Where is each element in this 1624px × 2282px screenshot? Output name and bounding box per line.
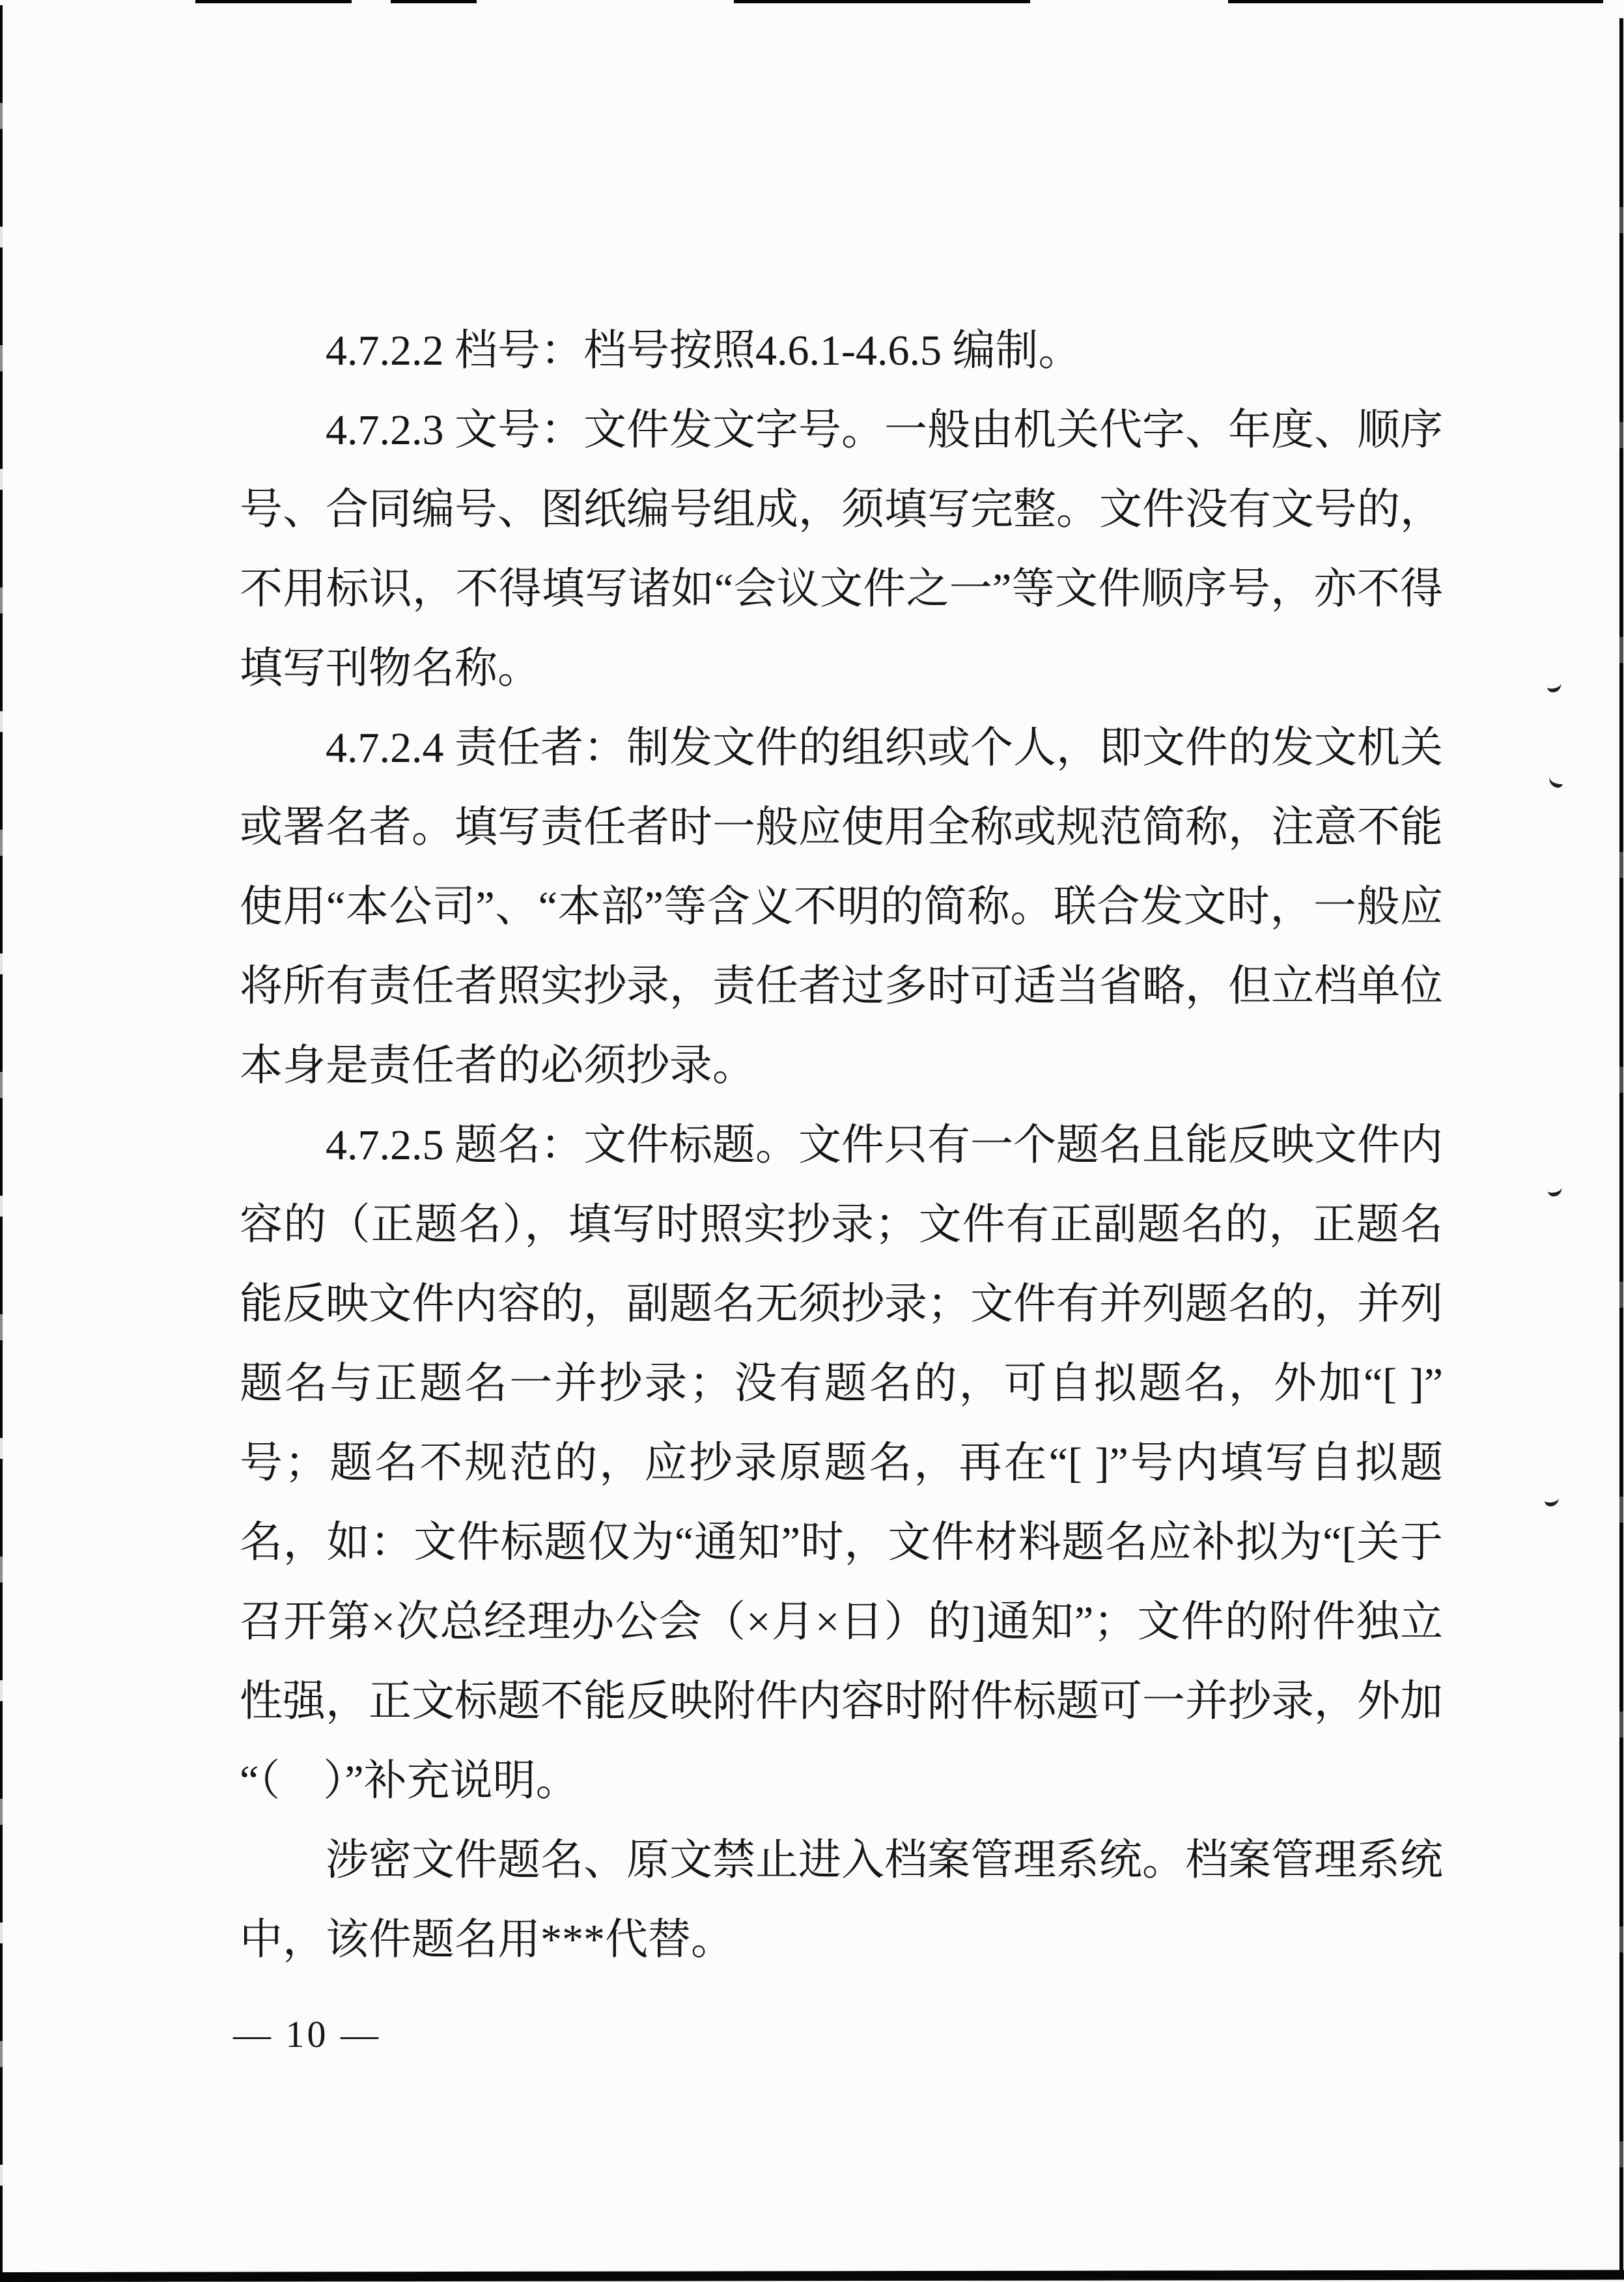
paragraph-4-7-2-5: 4.7.2.5 题名：文件标题。文件只有一个题名且能反映文件内容的（正题名），填…	[240, 1106, 1443, 1821]
page-number: — 10 —	[233, 2014, 381, 2055]
paragraph-secrecy-note: 涉密文件题名、原文禁止进入档案管理系统。档案管理系统中，该件题名用***代替。	[240, 1821, 1443, 1980]
paragraph-4-7-2-3: 4.7.2.3 文号：文件发文字号。一般由机关代字、年度、顺序号、合同编号、图纸…	[240, 391, 1443, 709]
scan-speck	[1545, 1496, 1560, 1506]
scan-artifact-left-border	[0, 5, 3, 2277]
scan-artifact-bottom-bar	[0, 2270, 1624, 2282]
scan-artifact-top-segment	[1228, 0, 1603, 3]
scan-artifact-top-segment	[195, 0, 352, 3]
paragraph-4-7-2-4: 4.7.2.4 责任者：制发文件的组织或个人，即文件的发文机关或署名者。填写责任…	[240, 709, 1443, 1106]
scan-artifact-right-border	[1619, 18, 1623, 2273]
paragraph-4-7-2-2: 4.7.2.2 档号：档号按照4.6.1-4.6.5 编制。	[240, 311, 1443, 391]
scan-artifact-top-segment	[734, 0, 1030, 3]
scan-artifact-top-segment	[391, 0, 477, 3]
document-page: 4.7.2.2 档号：档号按照4.6.1-4.6.5 编制。 4.7.2.3 文…	[0, 0, 1624, 2282]
scan-speck	[1548, 776, 1563, 789]
document-text: 4.7.2.2 档号：档号按照4.6.1-4.6.5 编制。 4.7.2.3 文…	[240, 311, 1443, 1980]
scan-speck	[1547, 1186, 1563, 1198]
scan-speck	[1547, 682, 1562, 694]
